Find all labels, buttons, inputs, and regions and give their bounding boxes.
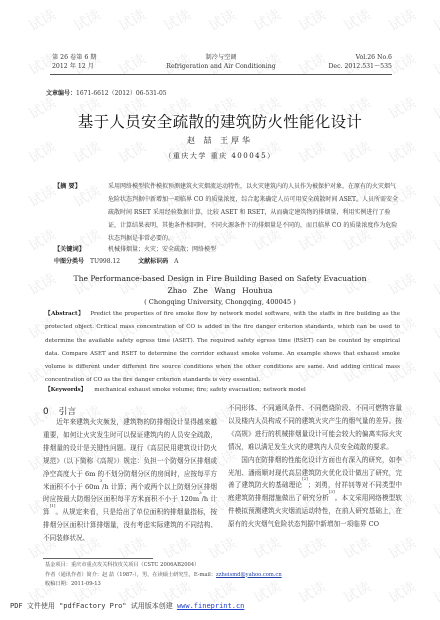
footnote-received: 收稿日期：2011-09-13 (45, 580, 282, 590)
author-email-link[interactable]: zzheismd@yahoo.com.cn (216, 572, 282, 578)
article-number-label: 文章编号： (46, 90, 76, 97)
paper-title-cn: 基于人员安全疏散的建筑防火性能化设计 (0, 110, 440, 132)
abstract-en-label: 【Abstract】 (45, 311, 84, 317)
doc-code-label: 文献标识码 (138, 258, 168, 265)
classification-value: TU998.12 (90, 258, 120, 265)
body-paragraph: 近年来建筑火灾频发，建筑物的防排烟设计显得越来越重要，如何让火灾发生时可以保证建… (43, 416, 217, 545)
paper-title-en: The Performance-based Design in Fire Bui… (0, 274, 440, 283)
abstract-en: 【Abstract】Predict the properties of fire… (45, 308, 400, 388)
classification: 中图分类号TU998.12文献标识码A (54, 256, 178, 265)
paper-page: 第 26 卷第 6 期 2012 年 12 月 制冷与空调 Refrigerat… (0, 0, 440, 620)
body-paragraph: 国内在防排烟的性能化设计方面也有深入的研究，如李光旭、潘雨顺对现代高层建筑防火优… (228, 454, 402, 531)
journal-header: 第 26 卷第 6 期 2012 年 12 月 制冷与空调 Refrigerat… (50, 54, 392, 84)
keywords-cn-text: 机械排烟量；火灾；安全疏散；网络模型 (108, 246, 216, 253)
body-paragraph: 不同形体、不同通风条件、不同燃烧阶段、不同可燃物容量以及楼内人员构成不同的建筑火… (228, 402, 402, 454)
keywords-en-text: mechanical exhaust smoke volume; fire; s… (94, 387, 305, 393)
keywords-en: 【Keywords】mechanical exhaust smoke volum… (45, 385, 306, 393)
abstract-cn-label: 【摘 要】 (54, 180, 81, 193)
article-number: 文章编号：1671-6612（2012）06-531-05 (46, 88, 167, 97)
footnote-author: 作者（通讯作者）简介：赵 喆（1987-），男，在读硕士研究生，E-mail：z… (45, 571, 282, 581)
volume-en: Vol.26 No.6 (328, 54, 392, 63)
pdf-factory-footer: PDF 文件使用 "pdfFactory Pro" 试用版本创建 www.fin… (10, 601, 244, 611)
keywords-cn: 【关键词】机械排烟量；火灾；安全疏散；网络模型 (54, 244, 216, 253)
footnote-divider (43, 558, 153, 559)
affiliation-cn: （重庆大学 重庆 400045） (0, 151, 440, 161)
fineprint-link[interactable]: www.fineprint.cn (177, 602, 244, 610)
abstract-en-text: Predict the properties of fire smoke flo… (45, 311, 400, 383)
classification-label: 中图分类号 (54, 258, 84, 265)
footnote-fund: 基金项目：重庆市重点攻关科技攻关项目（CSTC 2006AB2004） (45, 561, 282, 571)
keywords-cn-label: 【关键词】 (54, 244, 108, 253)
affiliation-en: ( Chongqing University, Chongqing, 40004… (0, 298, 440, 306)
body-column-left: 近年来建筑火灾频发，建筑物的防排烟设计显得越来越重要，如何让火灾发生时可以保证建… (43, 416, 217, 545)
footnote-author-text: 作者（通讯作者）简介：赵 喆（1987-），男，在读硕士研究生，E-mail： (45, 572, 216, 578)
body-text: 。从规定来看，只是给出了单位面积的排烟量指标，按排烟分区面积计算排烟量，没有考虑… (43, 508, 217, 542)
doc-code-value: A (174, 258, 178, 265)
pdf-footer-text: PDF 文件使用 "pdfFactory Pro" 试用版本创建 (10, 602, 177, 610)
pages-en: Dec. 2012.531～535 (328, 63, 392, 72)
footnotes: 基金项目：重庆市重点攻关科技攻关项目（CSTC 2006AB2004） 作者（通… (45, 561, 282, 590)
authors-cn: 赵 喆 王厚华 (0, 135, 440, 146)
abstract-cn: 【摘 要】 采用网络模型软件模拟预测建筑火灾烟流运动特性，以火灾建筑内的人员作为… (54, 180, 399, 245)
abstract-cn-text: 采用网络模型软件模拟预测建筑火灾烟流运动特性，以火灾建筑内的人员作为被保护对象，… (108, 180, 399, 245)
body-column-right: 不同形体、不同通风条件、不同燃烧阶段、不同可燃物容量以及楼内人员构成不同的建筑火… (228, 402, 402, 531)
header-right: Vol.26 No.6 Dec. 2012.531～535 (328, 54, 392, 71)
article-number-value: 1671-6612（2012）06-531-05 (76, 90, 167, 97)
header-divider (50, 74, 392, 75)
authors-en: Zhao Zhe Wang Houhua (0, 286, 440, 295)
body-text: 近年来建筑火灾频发，建筑物的防排烟设计显得越来越重要，如何让火灾发生时可以保证建… (43, 418, 217, 491)
keywords-en-label: 【Keywords】 (45, 387, 86, 393)
